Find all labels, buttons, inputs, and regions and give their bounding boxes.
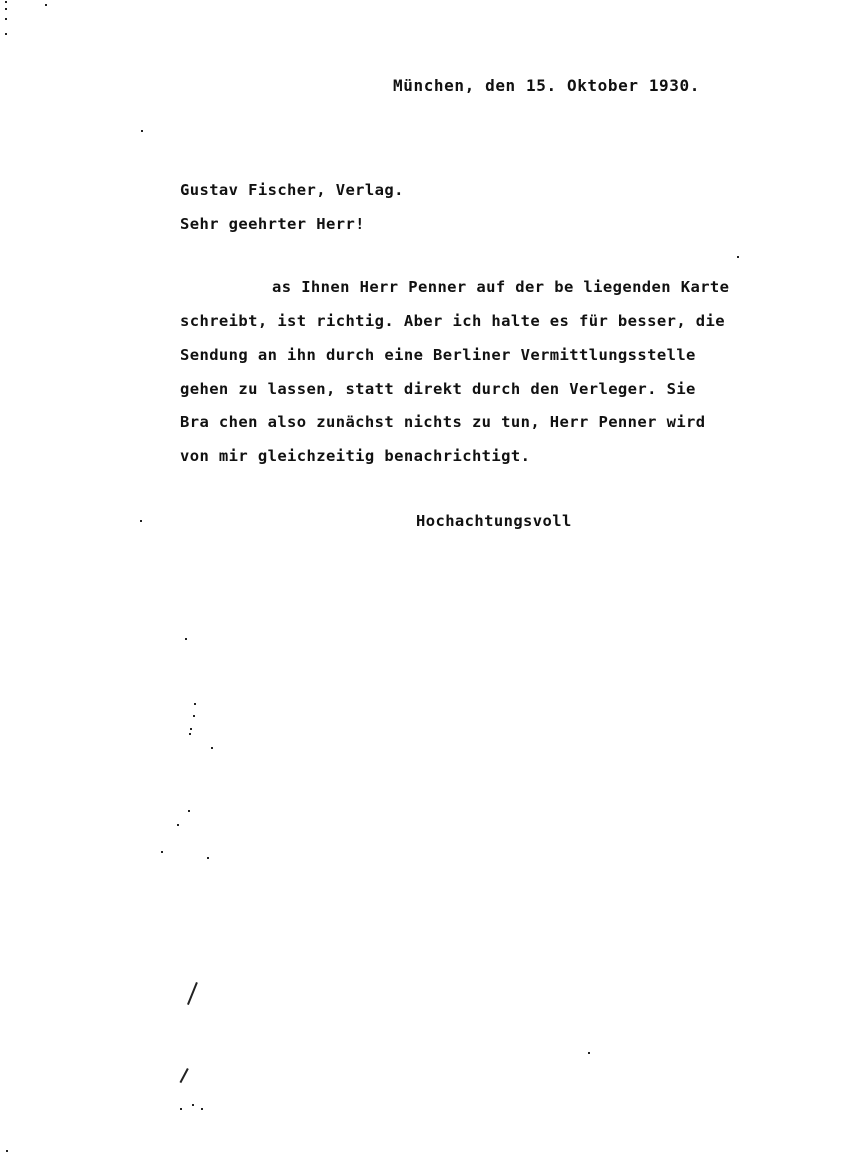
scan-speck [5, 18, 7, 20]
scan-speck [192, 1104, 194, 1106]
addressee: Gustav Fischer, Verlag. [180, 180, 404, 200]
salutation: Sehr geehrter Herr! [180, 214, 365, 234]
scan-speck [177, 824, 179, 826]
scan-speck [140, 520, 142, 522]
body-line: gehen zu lassen, statt direkt durch den … [180, 379, 696, 399]
letter-page: München, den 15. Oktober 1930. Gustav Fi… [0, 0, 847, 1163]
scan-speck [207, 857, 209, 859]
pencil-mark [179, 1068, 188, 1083]
scan-speck [193, 715, 195, 717]
scan-speck [45, 4, 47, 6]
scan-speck [188, 810, 190, 812]
body-line: von mir gleichzeitig benachrichtigt. [180, 446, 530, 466]
scan-speck [141, 130, 143, 132]
scan-speck [6, 1150, 8, 1152]
body-line: Bra chen also zunächst nichts zu tun, He… [180, 412, 706, 432]
scan-speck [5, 33, 7, 35]
scan-speck [737, 256, 739, 258]
scan-speck [211, 747, 213, 749]
scan-speck [588, 1052, 590, 1054]
pencil-mark [187, 982, 197, 1005]
scan-speck [185, 638, 187, 640]
scan-speck [194, 703, 196, 705]
scan-speck [5, 8, 7, 10]
scan-speck [189, 733, 191, 735]
scan-speck [190, 728, 192, 730]
body-line: as Ihnen Herr Penner auf der be liegende… [272, 277, 729, 297]
scan-speck [5, 1, 7, 3]
scan-speck [180, 1108, 182, 1110]
scan-speck [201, 1108, 203, 1110]
body-line: schreibt, ist richtig. Aber ich halte es… [180, 311, 725, 331]
closing: Hochachtungsvoll [416, 511, 572, 531]
body-line: Sendung an ihn durch eine Berliner Vermi… [180, 345, 696, 365]
dateline: München, den 15. Oktober 1930. [393, 76, 700, 96]
scan-speck [161, 851, 163, 853]
